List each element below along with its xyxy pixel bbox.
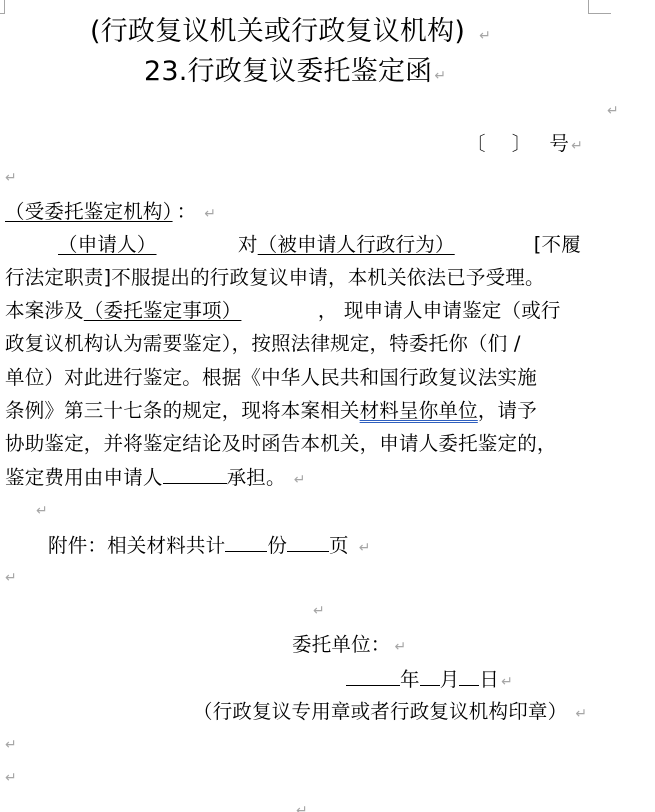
- seal-note: （行政复议专用章或者行政复议机构印章）: [193, 700, 567, 723]
- open-bracket: 〔: [466, 132, 486, 155]
- page-corner-mark-top-right: [588, 0, 611, 14]
- copies-count-blank[interactable]: [225, 533, 267, 552]
- pages-unit: 页: [329, 534, 349, 557]
- month-label: 月: [440, 668, 460, 691]
- addressee-line[interactable]: （受委托鉴定机构）：↵: [5, 200, 216, 226]
- paragraph-mark-icon: ↵: [479, 28, 491, 44]
- applicant-placeholder[interactable]: （申请人）: [58, 233, 238, 257]
- addressee-colon: ：: [177, 200, 197, 223]
- respondent-action-placeholder[interactable]: （被申请人行政行为）: [258, 233, 534, 257]
- paragraph-mark-icon: ↵: [5, 737, 17, 753]
- paragraph-mark-icon: ↵: [36, 503, 48, 519]
- paragraph-mark-icon: ↵: [204, 206, 216, 222]
- body-text: ， 现申请人申请鉴定（或行: [318, 299, 561, 322]
- body-text: 协助鉴定，并将鉴定结论及时函告本机关，申请人委托鉴定的，: [5, 432, 557, 455]
- body-text: 鉴定费用由申请人: [5, 466, 163, 489]
- page-corner-mark-top-left: [0, 0, 5, 14]
- paragraph-mark-icon: ↵: [607, 103, 619, 119]
- attachment-prefix: 附件：相关材料共计: [48, 534, 225, 557]
- fee-payer-blank[interactable]: [163, 465, 227, 484]
- body-line-4[interactable]: 政复议机构认为需要鉴定），按照法律规定，特委托你（们 /: [5, 332, 521, 356]
- pages-count-blank[interactable]: [287, 533, 329, 552]
- body-line-3[interactable]: 本案涉及（委托鉴定事项）， 现申请人申请鉴定（或行: [5, 299, 561, 323]
- body-line-7[interactable]: 协助鉴定，并将鉴定结论及时函告本机关，申请人委托鉴定的，: [5, 432, 557, 456]
- appraisal-matter-placeholder[interactable]: （委托鉴定事项）: [84, 299, 318, 323]
- paragraph-mark-icon: ↵: [395, 639, 407, 655]
- body-line-6[interactable]: 条例》第三十七条的规定，现将本案相关材料呈你单位，请予: [5, 399, 537, 423]
- paragraph-mark-icon: ↵: [5, 770, 17, 786]
- month-blank[interactable]: [420, 667, 440, 686]
- body-text: 政复议机构认为需要鉴定），按照法律规定，特委托你（们 /: [5, 332, 521, 355]
- body-text: 承担。: [227, 466, 286, 489]
- paragraph-mark-icon: ↵: [501, 674, 513, 690]
- signature-label-line[interactable]: 委托单位：↵: [292, 633, 406, 659]
- paragraph-mark-icon: ↵: [5, 170, 17, 186]
- paragraph-mark-icon: ↵: [5, 570, 17, 586]
- paragraph-mark-icon: ↵: [434, 68, 446, 84]
- day-label: 日: [479, 668, 499, 691]
- body-line-5[interactable]: 单位）对此进行鉴定。根据《中华人民共和国行政复议法实施: [5, 366, 537, 390]
- seal-note-line[interactable]: （行政复议专用章或者行政复议机构印章）↵: [193, 700, 587, 726]
- body-text: 本案涉及: [5, 299, 84, 322]
- document-title: 23.行政复议委托鉴定函: [144, 56, 432, 87]
- day-blank[interactable]: [459, 667, 479, 686]
- paragraph-mark-icon: ↵: [294, 472, 306, 488]
- year-label: 年: [400, 668, 420, 691]
- body-line-1[interactable]: （申请人）对（被申请人行政行为）[不履: [58, 233, 581, 257]
- header-authority-line[interactable]: (行政复议机关或行政复议机构)↵: [90, 15, 491, 53]
- paragraph-mark-icon: ↵: [575, 706, 587, 722]
- close-bracket: 〕: [512, 132, 532, 155]
- paragraph-mark-icon: ↵: [359, 540, 371, 556]
- paragraph-mark-icon: ↵: [571, 138, 583, 154]
- body-text: ，请予: [478, 399, 537, 422]
- signature-label: 委托单位：: [292, 633, 391, 656]
- body-line-8[interactable]: 鉴定费用由申请人承担。↵: [5, 465, 306, 492]
- grammar-flagged-text[interactable]: 材料呈你单位: [360, 399, 478, 422]
- attachment-line[interactable]: 附件：相关材料共计份页↵: [48, 533, 371, 560]
- year-blank[interactable]: [346, 667, 400, 686]
- header-authority-text: (行政复议机关或行政复议机构): [90, 16, 465, 47]
- body-line-2[interactable]: 行法定职责]不服提出的行政复议申请，本机关依法已予受理。: [5, 266, 545, 290]
- paragraph-mark-icon: ↵: [296, 803, 308, 812]
- body-text: [不履: [534, 233, 581, 256]
- document-number-line[interactable]: 〔〕号↵: [466, 132, 583, 158]
- body-text: 行法定职责]不服提出的行政复议申请，本机关依法已予受理。: [5, 266, 545, 289]
- body-text: 单位）对此进行鉴定。根据《中华人民共和国行政复议法实施: [5, 366, 537, 389]
- document-title-line[interactable]: 23.行政复议委托鉴定函↵: [144, 55, 446, 93]
- body-text: 条例》第三十七条的规定，现将本案相关: [5, 399, 360, 422]
- copies-unit: 份: [267, 534, 287, 557]
- number-suffix: 号: [549, 132, 569, 155]
- body-text: 对: [238, 233, 258, 256]
- paragraph-mark-icon: ↵: [313, 603, 325, 619]
- addressee-placeholder[interactable]: （受委托鉴定机构）: [5, 200, 173, 223]
- date-line[interactable]: 年月日↵: [346, 667, 513, 694]
